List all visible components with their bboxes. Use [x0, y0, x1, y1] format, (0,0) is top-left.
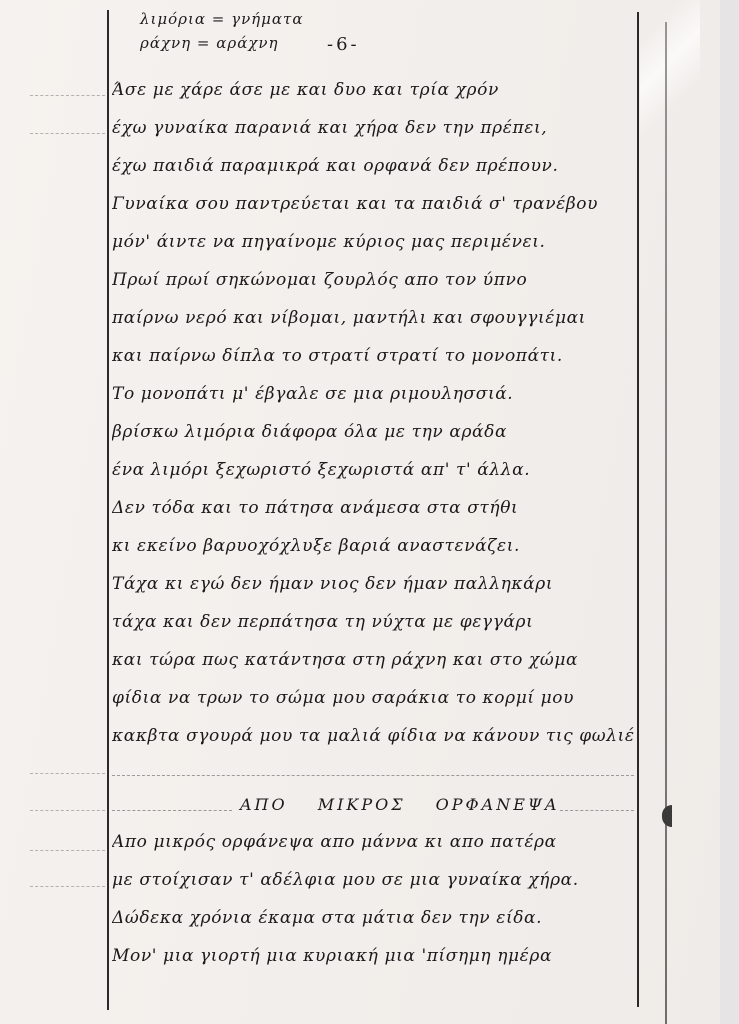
poem-line: Δώδεκα χρόνια έκαμα στα μάτια δεν την εί… [112, 908, 634, 928]
poem-line: κακβτα σγουρά μου τα μαλιά φίδια να κάνο… [112, 726, 634, 746]
dashed-separator [560, 810, 634, 811]
poem-line: βρίσκω λιμόρια διάφορα όλα με την αράδα [112, 422, 634, 442]
poem-line: Πρωί πρωί σηκώνομαι ζουρλός απο τον ύπνο [112, 270, 634, 290]
poem-line: μόν' άιντε να πηγαίνομε κύριος μας περιμ… [112, 232, 634, 252]
poem-line: Άσε με χάρε άσε με και δυο και τρία χρόν [112, 80, 634, 100]
bleed-dots [30, 886, 105, 887]
poem-line: με στοίχισαν τ' αδέλφια μου σε μια γυναί… [112, 870, 634, 890]
page-fold-line [665, 22, 667, 1024]
poem-line: Δεν τόδα και το πάτησα ανάμεσα στα στήθι [112, 498, 634, 518]
glossary-note: ράχνη = αράχνη [140, 34, 279, 52]
glossary-note: λιμόρια = γνήματα [140, 10, 303, 28]
dashed-separator [112, 775, 634, 776]
poem-line: Γυναίκα σου παντρεύεται και τα παιδιά σ'… [112, 194, 634, 214]
poem-line: Τάχα κι εγώ δεν ήμαν νιος δεν ήμαν παλλη… [112, 574, 634, 594]
bleed-dots [30, 133, 105, 134]
poem-line: κι εκείνο βαρυοχόχλυξε βαριά αναστενάζει… [112, 536, 634, 556]
poem-line: και τώρα πως κατάντησα στη ράχνη και στο… [112, 650, 634, 670]
poem-line: Το μονοπάτι μ' έβγαλε σε μια ριμουλησσιά… [112, 384, 634, 404]
right-margin-line [637, 12, 639, 1007]
section-heading: ΑΠΟ ΜΙΚΡΟΣ ΟΡΦΑΝΕΨΑ [240, 795, 559, 814]
poem-line: τάχα και δεν περπάτησα τη νύχτα με φεγγά… [112, 612, 634, 632]
scanner-edge-strip [720, 0, 739, 1024]
dashed-separator [112, 810, 232, 811]
poem-line: έχω γυναίκα παρανιά και χήρα δεν την πρέ… [112, 118, 634, 138]
poem-line: και παίρνω δίπλα το στρατί στρατί το μον… [112, 346, 634, 366]
poem-line: Απο μικρός ορφάνεψα απο μάννα κι απο πατ… [112, 832, 634, 852]
bleed-dots [30, 773, 105, 774]
poem-line: έχω παιδιά παραμικρά και ορφανά δεν πρέπ… [112, 156, 634, 176]
bleed-dots [30, 95, 105, 96]
poem-line: φίδια να τρων το σώμα μου σαράκια το κορ… [112, 688, 634, 708]
poem-line: ένα λιμόρι ξεχωριστό ξεχωριστά απ' τ' άλ… [112, 460, 634, 480]
bleed-dots [30, 810, 105, 811]
poem-line: Μον' μια γιορτή μια κυριακή μια 'πίσημη … [112, 946, 634, 966]
poem-line: παίρνω νερό και νίβομαι, μαντήλι και σφο… [112, 308, 634, 328]
bleed-dots [30, 850, 105, 851]
page-number: -6- [327, 34, 360, 55]
left-margin-line [107, 10, 109, 1010]
